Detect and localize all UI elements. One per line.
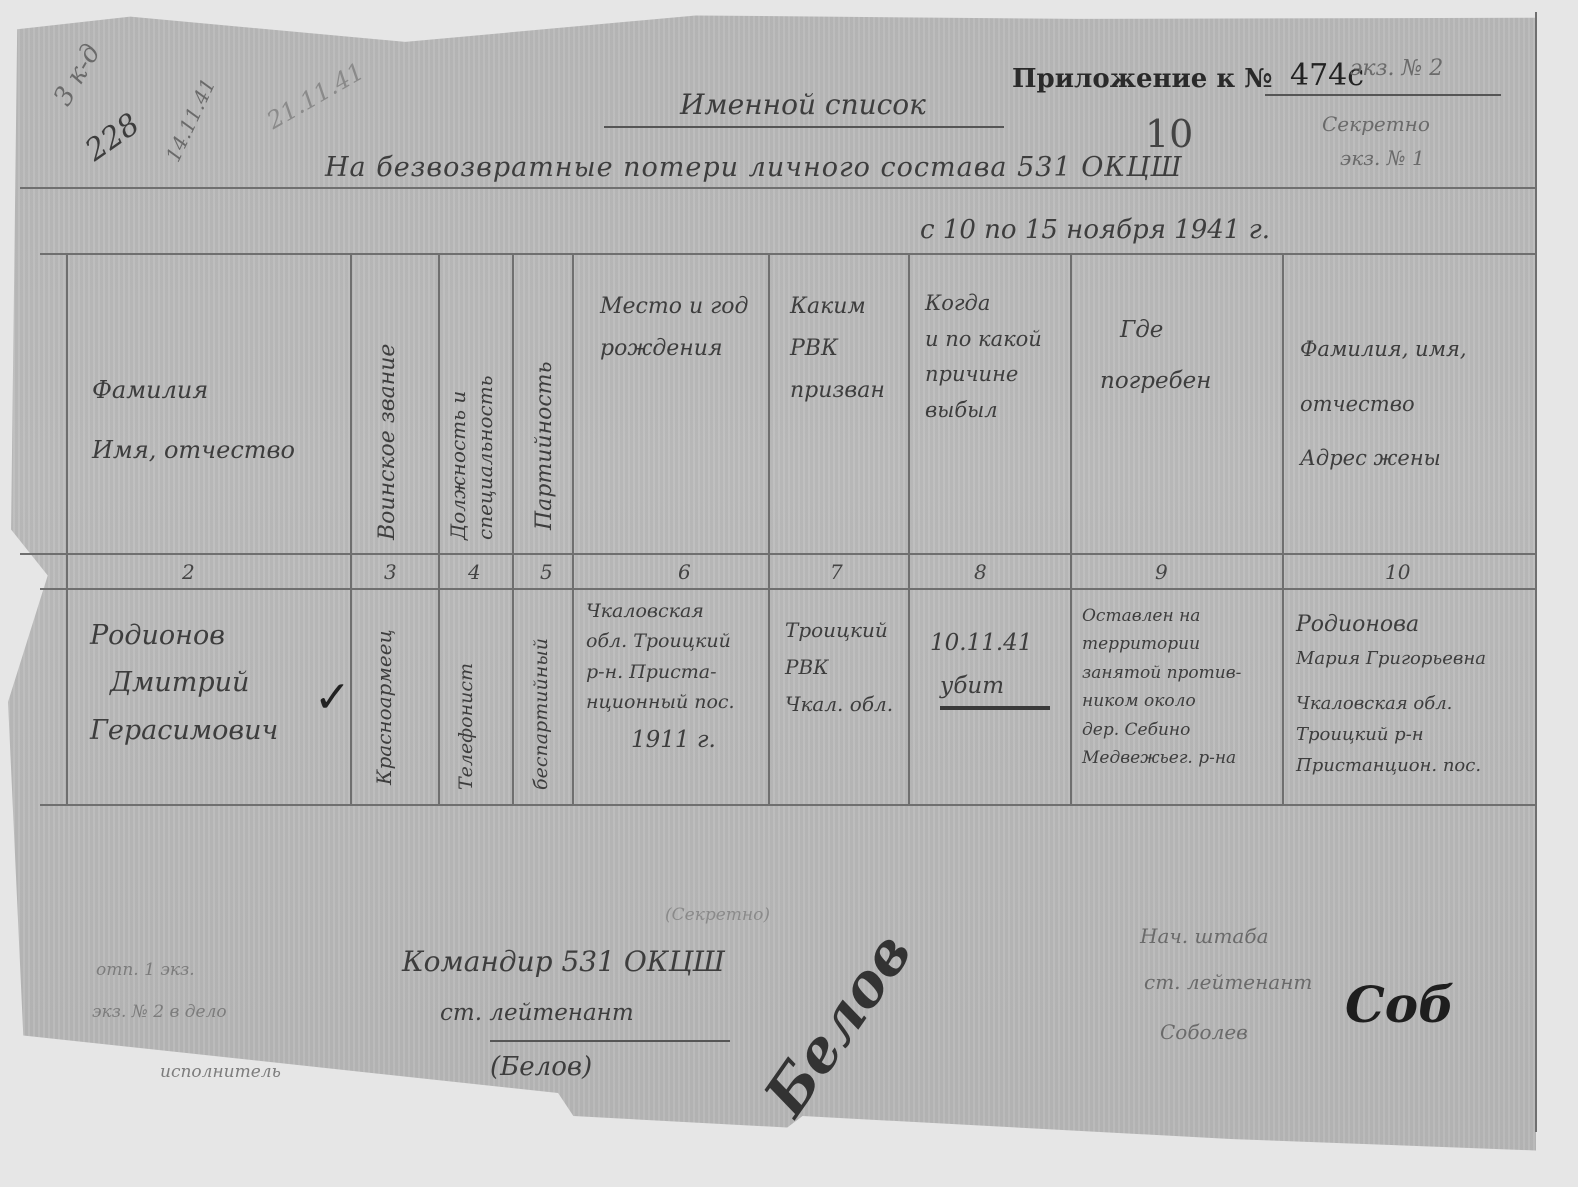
- row-buried-line3: занятой против-: [1082, 659, 1241, 687]
- header-buried-line2: погребен: [1100, 356, 1211, 407]
- header-when-line2: и по какой: [925, 322, 1042, 358]
- header-relative-line2: отчество: [1300, 377, 1467, 432]
- table-header-rule: [20, 553, 1535, 555]
- header-position: Должность и специальность: [445, 375, 499, 540]
- header-name-line2: Имя, отчество: [92, 420, 295, 480]
- header-position-line1: Должность и: [445, 375, 472, 540]
- header-name: Фамилия Имя, отчество: [92, 360, 295, 480]
- table-numbers-rule: [40, 588, 1535, 590]
- row-buried-line6: Медвежьег. р-на: [1082, 744, 1241, 772]
- header-when-line1: Когда: [925, 286, 1042, 322]
- header-relative-line1: Фамилия, имя,: [1300, 322, 1467, 377]
- commander-name: (Белов): [490, 1052, 592, 1082]
- printed-label-attachment: Приложение к №: [1012, 64, 1272, 94]
- secret-note-line1: Секретно: [1322, 112, 1430, 136]
- header-when-why: Когда и по какой причине выбыл: [925, 286, 1042, 429]
- chief-title: Нач. штаба: [1140, 924, 1269, 948]
- row-rvk-line2: РВК: [785, 649, 893, 686]
- col-number: 3: [384, 560, 397, 584]
- col-number: 6: [678, 560, 691, 584]
- row-relative-settlement: Пристанцион. пос.: [1296, 751, 1486, 782]
- col-divider: [438, 253, 440, 804]
- secret-note-line2: экз. № 1: [1340, 146, 1425, 170]
- header-when-line4: выбыл: [925, 393, 1042, 429]
- header-when-line3: причине: [925, 357, 1042, 393]
- row-buried-line1: Оставлен на: [1082, 602, 1241, 630]
- header-buried: Где погребен: [1100, 305, 1211, 406]
- faint-note: экз. № 2 в дело: [92, 1002, 227, 1022]
- header-rvk: Каким РВК призван: [790, 286, 885, 411]
- header-rank: Воинское звание: [375, 344, 400, 540]
- header-rvk-line2: РВК: [790, 328, 885, 370]
- row-rvk-line3: Чкал. обл.: [785, 686, 893, 723]
- col-number: 8: [974, 560, 987, 584]
- header-relative: Фамилия, имя, отчество Адрес жены: [1300, 322, 1467, 486]
- row-when-why: 10.11.41 убит: [930, 622, 1032, 707]
- row-birth-line2: обл. Троицкий: [586, 626, 735, 656]
- faint-note: отп. 1 экз.: [96, 960, 195, 980]
- commander-signature-line: [490, 1040, 730, 1042]
- row-relative: Родионова Мария Григорьевна Чкаловская о…: [1296, 606, 1486, 782]
- copy-label: экз. № 2: [1350, 56, 1443, 81]
- row-buried-line5: дер. Себино: [1082, 716, 1241, 744]
- col-divider: [1070, 253, 1072, 804]
- header-birth-line2: рождения: [600, 328, 748, 370]
- header-birth-line1: Место и год: [600, 286, 748, 328]
- row-relative-surname: Родионова: [1296, 606, 1486, 644]
- row-position: Телефонист: [455, 663, 477, 790]
- row-patronymic: Герасимович: [90, 707, 278, 754]
- row-relative-district: Троицкий р-н: [1296, 720, 1486, 751]
- row-reason: убит: [930, 665, 1032, 708]
- page-number: 10: [1145, 112, 1193, 156]
- row-rvk: Троицкий РВК Чкал. обл.: [785, 612, 893, 723]
- col-number: 2: [182, 560, 195, 584]
- header-birth: Место и год рождения: [600, 286, 748, 370]
- row-name: Родионов Дмитрий Герасимович: [90, 612, 278, 754]
- header-relative-line3: Адрес жены: [1300, 431, 1467, 486]
- subtitle-rule: [20, 187, 1535, 189]
- number-underline: [1265, 94, 1501, 96]
- row-rvk-line1: Троицкий: [785, 612, 893, 649]
- table-top-rule: [40, 253, 1535, 255]
- row-buried: Оставлен на территории занятой против- н…: [1082, 602, 1241, 772]
- row-surname: Родионов: [90, 612, 278, 659]
- header-position-line2: специальность: [472, 375, 499, 540]
- col-number: 9: [1155, 560, 1168, 584]
- row-party: беспартийный: [530, 638, 552, 790]
- col-divider: [66, 253, 68, 804]
- col-number: 5: [540, 560, 553, 584]
- period: с 10 по 15 ноября 1941 г.: [920, 215, 1270, 245]
- col-number: 7: [830, 560, 843, 584]
- row-relative-name: Мария Григорьевна: [1296, 644, 1486, 675]
- row-birth-line1: Чкаловская: [586, 596, 735, 626]
- col-divider: [1282, 253, 1284, 804]
- title-underline: [604, 126, 1004, 128]
- document-subtitle: На безвозвратные потери личного состава …: [325, 152, 1183, 183]
- chief-name: Соболев: [1160, 1020, 1248, 1044]
- commander-title: Командир 531 ОКЦШ: [402, 945, 725, 978]
- row-rank: Красноармеец: [372, 629, 396, 785]
- row-birth-year: 1911 г.: [586, 722, 735, 759]
- faint-note: (Секретно): [665, 905, 770, 925]
- col-divider: [768, 253, 770, 804]
- row-birth-line4: нционный пос.: [586, 687, 735, 717]
- table-bottom-rule: [40, 804, 1535, 806]
- commander-rank: ст. лейтенант: [440, 1000, 634, 1026]
- col-divider: [512, 253, 514, 804]
- row-relative-region: Чкаловская обл.: [1296, 689, 1486, 720]
- faint-note: исполнитель: [160, 1062, 281, 1082]
- checkmark-icon: ✓: [314, 672, 351, 723]
- col-divider: [908, 253, 910, 804]
- header-party: Партийность: [532, 362, 557, 530]
- row-buried-line4: ником около: [1082, 687, 1241, 715]
- chief-signature: Соб: [1345, 975, 1454, 1034]
- col-divider: [1535, 12, 1537, 1132]
- document-title: Именной список: [680, 88, 926, 121]
- row-birth: Чкаловская обл. Троицкий р-н. Приста- нц…: [586, 596, 735, 758]
- header-name-line1: Фамилия: [92, 360, 295, 420]
- col-divider: [572, 253, 574, 804]
- row-birth-line3: р-н. Приста-: [586, 657, 735, 687]
- col-number: 4: [468, 560, 481, 584]
- row-buried-line2: территории: [1082, 630, 1241, 658]
- reason-underline: [940, 706, 1050, 710]
- header-rvk-line1: Каким: [790, 286, 885, 328]
- chief-rank: ст. лейтенант: [1144, 970, 1312, 994]
- header-rvk-line3: призван: [790, 370, 885, 412]
- row-firstname: Дмитрий: [90, 659, 278, 706]
- col-number: 10: [1385, 560, 1410, 584]
- row-date: 10.11.41: [930, 622, 1032, 665]
- header-buried-line1: Где: [1100, 305, 1211, 356]
